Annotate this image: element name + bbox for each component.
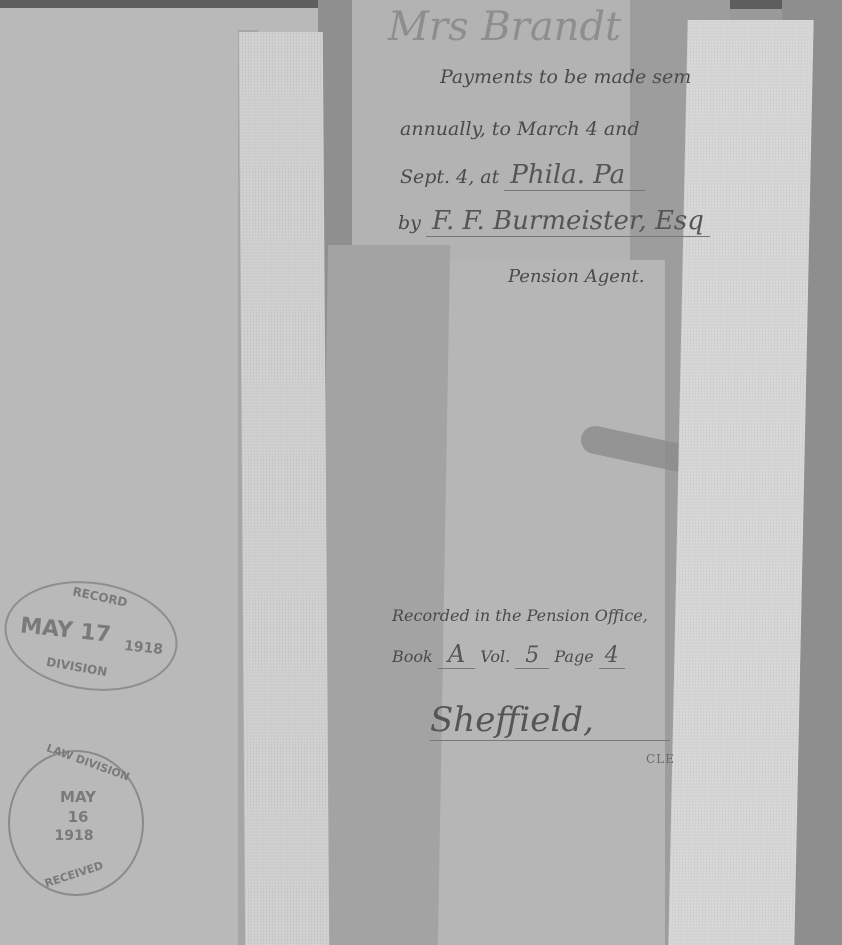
certificate-line-1: Payments to be made sem — [440, 66, 691, 88]
mending-tape-right — [668, 20, 813, 945]
clerk-label: CLE — [646, 752, 675, 766]
book-value: A — [438, 640, 475, 669]
clerk-signature: Sheffield, — [430, 700, 670, 741]
payment-location: Phila. Pa — [504, 160, 645, 191]
book-vol-page-line: Book A Vol. 5 Page 4 — [392, 640, 625, 668]
circle-stamp-year: 1918 — [54, 828, 94, 844]
vol-label: Vol. — [480, 647, 510, 666]
certificate-line-2: annually, to March 4 and — [400, 118, 640, 140]
certificate-line-3: Sept. 4, at Phila. Pa — [400, 160, 645, 190]
circle-stamp-day: 16 — [58, 808, 98, 826]
paper-patch — [316, 245, 450, 945]
recorded-line: Recorded in the Pension Office, — [392, 606, 648, 625]
certificate-line-4: by F. F. Burmeister, Esq — [398, 206, 710, 236]
line-3-prefix: Sept. 4, at — [400, 166, 499, 188]
circle-stamp-month: MAY — [58, 788, 98, 806]
mending-tape-left — [239, 32, 329, 945]
vol-value: 5 — [515, 643, 549, 669]
line-4-prefix: by — [398, 212, 421, 234]
book-label: Book — [392, 647, 433, 666]
pension-agent-label: Pension Agent. — [508, 266, 644, 287]
header-handwriting: Mrs Brandt — [388, 4, 621, 50]
page-label: Page — [554, 647, 593, 666]
page-value: 4 — [599, 643, 625, 669]
pension-agent-name: F. F. Burmeister, Esq — [426, 206, 710, 237]
